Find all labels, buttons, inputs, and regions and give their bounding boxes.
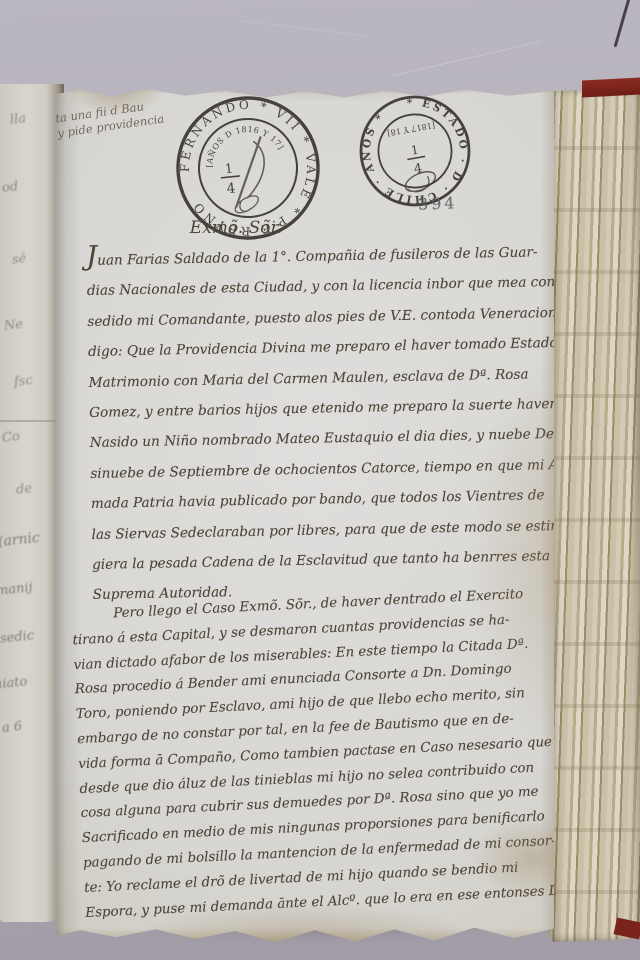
manuscript-page: ta una fii d Bau y pide providencia FERN… [56, 82, 554, 944]
folio-number: 394 [418, 193, 458, 213]
estado-de-chile-stamp: * ESTADO · D · CHILE · AÑOS * [1817 Y 18… [347, 83, 484, 220]
fraction-numerator: 1 [224, 162, 234, 178]
facing-text-fragment: manij [0, 580, 33, 599]
book-cover-red-top [582, 77, 640, 97]
facing-text-fragment: od [1, 179, 19, 196]
fraction-numerator: 1 [410, 142, 420, 157]
fraction-denominator: 4 [226, 180, 237, 197]
facing-text-fragment: sé [11, 251, 27, 267]
wall-scratch [240, 20, 369, 37]
manuscript-paragraph-2: Pero llego el Caso Exmõ. Sõr., de haver … [71, 583, 548, 927]
page-edges-stack [548, 88, 640, 942]
facing-text-fragment: lla [9, 111, 27, 128]
facing-text-fragment: (arnic [0, 530, 41, 550]
stamp-banner-text-inverted: [1817 Y 18] [387, 120, 436, 138]
facing-text-fragment: Co [1, 429, 20, 446]
facing-text-fragment: uiato [0, 674, 28, 692]
manuscript-paragraph-1: Juan Farias Saldado de la 1°. Compañia d… [86, 237, 555, 611]
facing-page-crease [0, 420, 64, 422]
facing-page-edge: lla od sé Ne fsc Co de (arnic manij sedi… [0, 84, 64, 922]
facing-text-fragment: fsc [13, 373, 33, 390]
archive-photograph: lla od sé Ne fsc Co de (arnic manij sedi… [0, 0, 640, 960]
facing-text-fragment: sedic [0, 628, 35, 646]
salutation-heading: Exmõ. Sõr. [116, 218, 356, 238]
facing-text-fragment: Ne [3, 317, 24, 334]
facing-text-fragment: a 6 [1, 719, 23, 736]
wall-scratch [394, 41, 540, 76]
facing-text-fragment: de [15, 481, 32, 498]
wall-hair-mark [614, 0, 632, 47]
stamp-banner-text: [AÑOS D 1816 Y 17] [201, 121, 287, 169]
margin-annotation: ta una fii d Bau y pide providencia [54, 97, 165, 142]
